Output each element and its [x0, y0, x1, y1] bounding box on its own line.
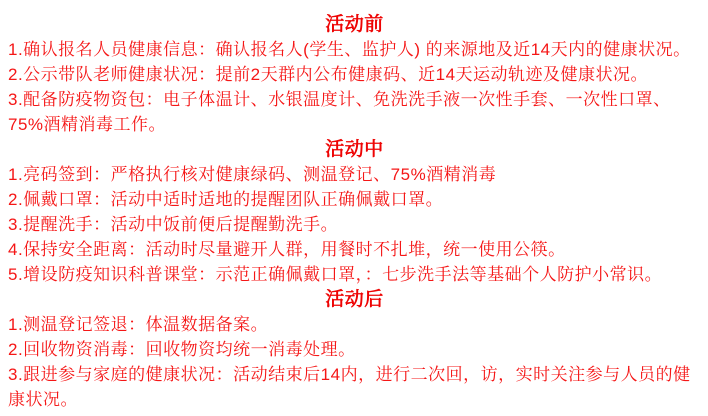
section-title-post-activity: 活动后	[8, 287, 701, 312]
section-title-during-activity: 活动中	[8, 137, 701, 162]
section-during-activity: 活动中 1.亮码签到：严格执行核对健康绿码、测温登记、75%酒精消毒 2.佩戴口…	[8, 137, 701, 287]
protocol-item: 5.增设防疫知识科普课堂：示范正确佩戴口罩，：七步洗手法等基础个人防护小常识。	[8, 262, 701, 287]
protocol-item: 4.保持安全距离：活动时尽量避开人群，用餐时不扎堆，统一使用公筷。	[8, 237, 701, 262]
protocol-item: 1.测温登记签退：体温数据备案。	[8, 312, 701, 337]
protocol-item: 3.配备防疫物资包：电子体温计、水银温度计、免洗洗手液一次性手套、一次性口罩、7…	[8, 87, 701, 137]
protocol-item: 1.亮码签到：严格执行核对健康绿码、测温登记、75%酒精消毒	[8, 162, 701, 187]
protocol-item: 2.佩戴口罩：活动中适时适地的提醒团队正确佩戴口罩。	[8, 187, 701, 212]
protocol-item: 3.提醒洗手：活动中饭前便后提醒勤洗手。	[8, 212, 701, 237]
protocol-item: 2.回收物资消毒：回收物资均统一消毒处理。	[8, 337, 701, 362]
section-title-pre-activity: 活动前	[8, 12, 701, 37]
protocol-item: 3.跟进参与家庭的健康状况：活动结束后14内，进行二次回，访，实时关注参与人员的…	[8, 362, 701, 412]
section-post-activity: 活动后 1.测温登记签退：体温数据备案。 2.回收物资消毒：回收物资均统一消毒处…	[8, 287, 701, 412]
health-protocol-document: 活动前 1.确认报名人员健康信息：确认报名人(学生、监护人) 的来源地及近14天…	[0, 0, 708, 416]
protocol-item: 2.公示带队老师健康状况：提前2天群内公布健康码、近14天运动轨迹及健康状况。	[8, 62, 701, 87]
section-pre-activity: 活动前 1.确认报名人员健康信息：确认报名人(学生、监护人) 的来源地及近14天…	[8, 12, 701, 137]
protocol-item: 1.确认报名人员健康信息：确认报名人(学生、监护人) 的来源地及近14天内的健康…	[8, 37, 701, 62]
